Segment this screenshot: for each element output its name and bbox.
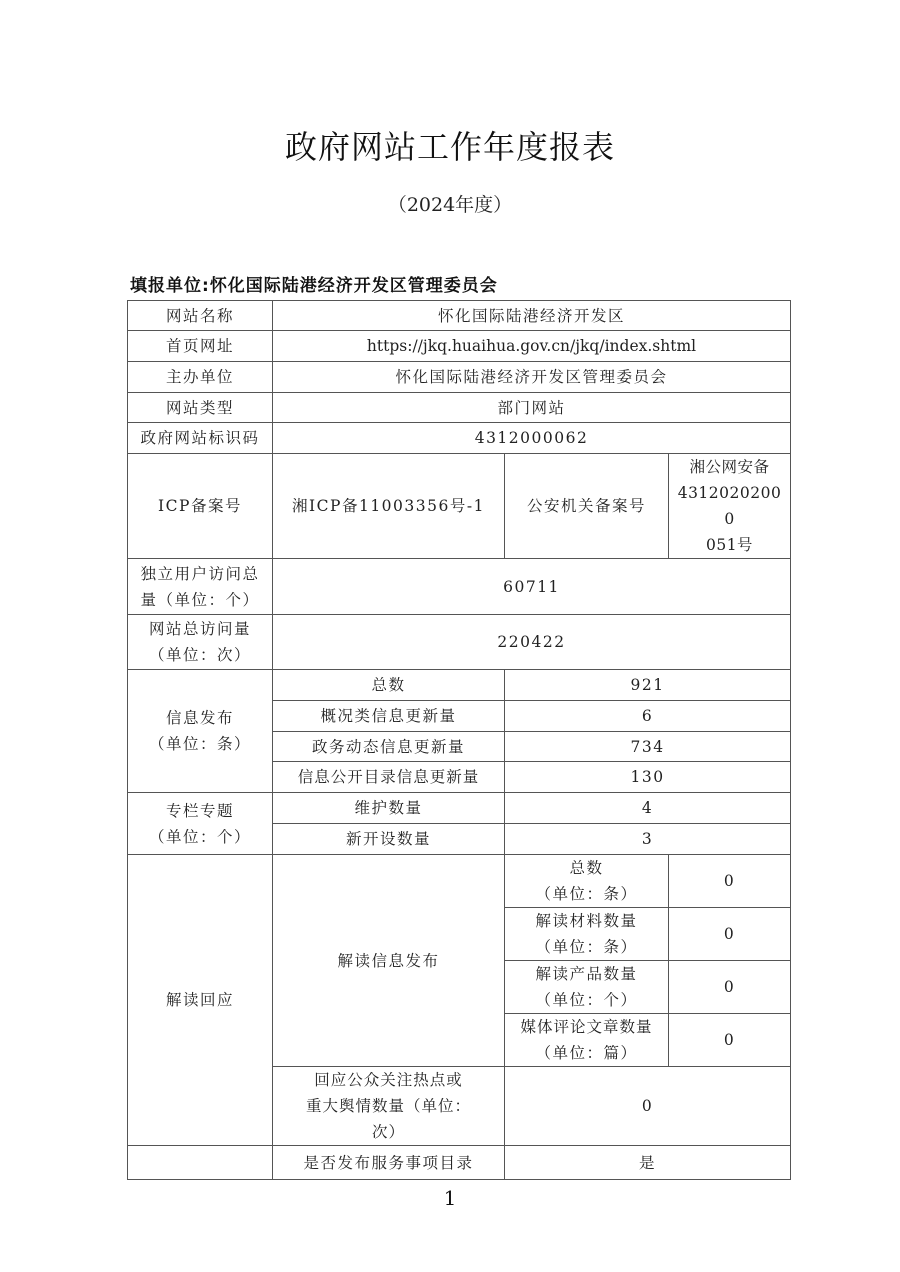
unique-visitors-label: 独立用户访问总 量（单位：个） — [128, 559, 273, 615]
columns-row-label: 新开设数量 — [273, 824, 505, 855]
site-id-code-label: 政府网站标识码 — [128, 423, 273, 454]
site-type-value: 部门网站 — [273, 393, 791, 423]
icp-label: ICP备案号 — [128, 454, 273, 559]
homepage-url-label: 首页网址 — [128, 331, 273, 362]
table-row: 信息发布 （单位：条） 总数 921 — [128, 670, 791, 701]
interpretation-row-value: 0 — [669, 855, 791, 908]
info-publish-label: 信息发布 （单位：条） — [128, 670, 273, 793]
report-table: 网站名称 怀化国际陆港经济开发区 首页网址 https://jkq.huaihu… — [127, 300, 791, 1180]
filling-unit-label: 填报单位: — [130, 276, 210, 296]
hotspot-label: 回应公众关注热点或 重大舆情数量（单位： 次） — [273, 1067, 505, 1146]
columns-label: 专栏专题 （单位：个） — [128, 793, 273, 855]
table-row: 网站名称 怀化国际陆港经济开发区 — [128, 301, 791, 331]
interpretation-row-label: 解读产品数量 （单位：个） — [505, 961, 669, 1014]
homepage-url-value[interactable]: https://jkq.huaihua.gov.cn/jkq/index.sht… — [273, 331, 791, 362]
page-number: 1 — [0, 1186, 900, 1210]
sponsor-value: 怀化国际陆港经济开发区管理委员会 — [273, 362, 791, 393]
unique-visitors-value: 60711 — [273, 559, 791, 615]
interpretation-row-label: 媒体评论文章数量 （单位：篇） — [505, 1014, 669, 1067]
filling-unit: 填报单位:怀化国际陆港经济开发区管理委员会 — [130, 271, 498, 296]
info-publish-row-value: 921 — [505, 670, 791, 701]
police-record-value: 湘公网安备 43120202000 051号 — [669, 454, 791, 559]
table-row: 网站类型 部门网站 — [128, 393, 791, 423]
interpretation-row-value: 0 — [669, 961, 791, 1014]
table-row: 解读回应 解读信息发布 总数 （单位：条） 0 — [128, 855, 791, 908]
icp-value: 湘ICP备11003356号-1 — [273, 454, 505, 559]
table-row: 政府网站标识码 4312000062 — [128, 423, 791, 454]
interpretation-label: 解读回应 — [128, 855, 273, 1146]
table-row: 首页网址 https://jkq.huaihua.gov.cn/jkq/inde… — [128, 331, 791, 362]
info-publish-row-value: 130 — [505, 762, 791, 793]
filling-unit-value: 怀化国际陆港经济开发区管理委员会 — [210, 276, 498, 296]
info-publish-row-label: 总数 — [273, 670, 505, 701]
empty-cell — [128, 1146, 273, 1180]
interpretation-row-value: 0 — [669, 908, 791, 961]
police-record-label: 公安机关备案号 — [505, 454, 669, 559]
service-catalog-label: 是否发布服务事项目录 — [273, 1146, 505, 1180]
site-name-label: 网站名称 — [128, 301, 273, 331]
sponsor-label: 主办单位 — [128, 362, 273, 393]
table-row: 是否发布服务事项目录 是 — [128, 1146, 791, 1180]
page-title: 政府网站工作年度报表 — [0, 122, 900, 168]
total-visits-value: 220422 — [273, 615, 791, 670]
table-row: 主办单位 怀化国际陆港经济开发区管理委员会 — [128, 362, 791, 393]
interpretation-row-value: 0 — [669, 1014, 791, 1067]
site-type-label: 网站类型 — [128, 393, 273, 423]
hotspot-value: 0 — [505, 1067, 791, 1146]
info-publish-row-label: 概况类信息更新量 — [273, 701, 505, 732]
table-row: ICP备案号 湘ICP备11003356号-1 公安机关备案号 湘公网安备 43… — [128, 454, 791, 559]
total-visits-label: 网站总访问量 （单位：次） — [128, 615, 273, 670]
info-publish-row-value: 6 — [505, 701, 791, 732]
info-publish-row-label: 信息公开目录信息更新量 — [273, 762, 505, 793]
info-publish-row-label: 政务动态信息更新量 — [273, 732, 505, 762]
table-row: 网站总访问量 （单位：次） 220422 — [128, 615, 791, 670]
info-publish-row-value: 734 — [505, 732, 791, 762]
report-year: （2024年度） — [0, 190, 900, 217]
site-name-value: 怀化国际陆港经济开发区 — [273, 301, 791, 331]
interpretation-row-label: 解读材料数量 （单位：条） — [505, 908, 669, 961]
table-row: 独立用户访问总 量（单位：个） 60711 — [128, 559, 791, 615]
columns-row-value: 3 — [505, 824, 791, 855]
interpretation-sub-label: 解读信息发布 — [273, 855, 505, 1067]
columns-row-value: 4 — [505, 793, 791, 824]
site-id-code-value: 4312000062 — [273, 423, 791, 454]
interpretation-row-label: 总数 （单位：条） — [505, 855, 669, 908]
columns-row-label: 维护数量 — [273, 793, 505, 824]
table-row: 专栏专题 （单位：个） 维护数量 4 — [128, 793, 791, 824]
service-catalog-value: 是 — [505, 1146, 791, 1180]
